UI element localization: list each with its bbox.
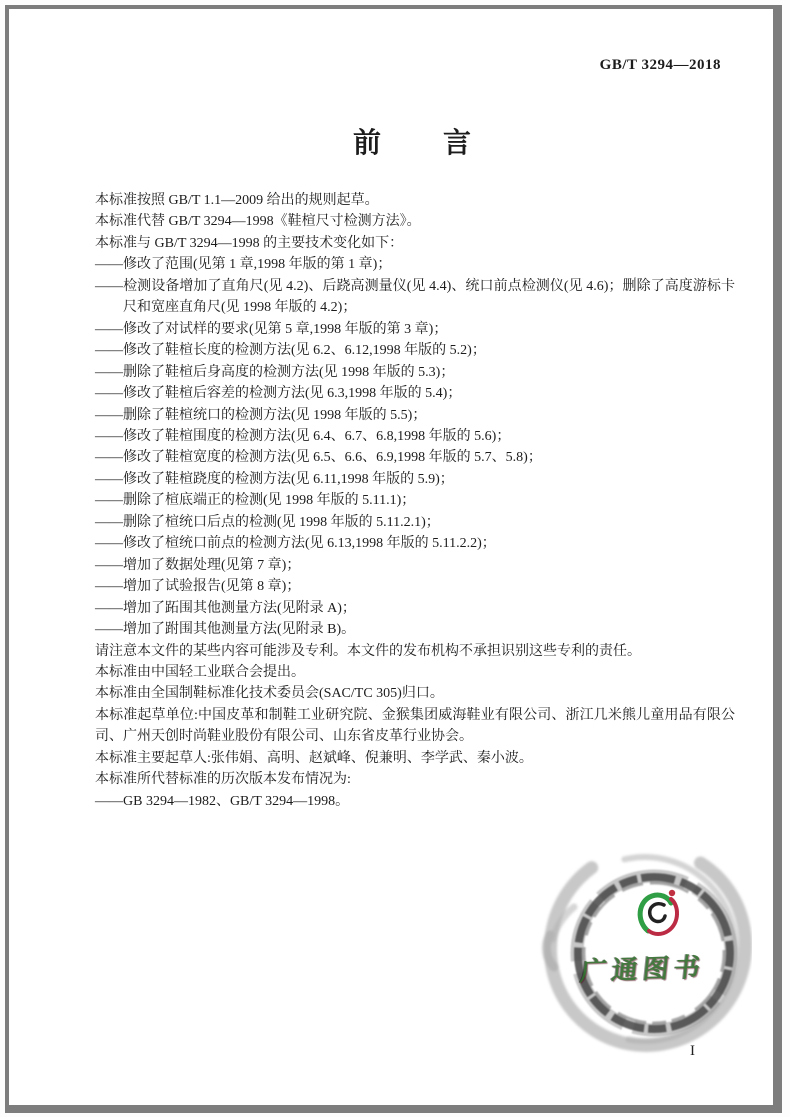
foreword-line: ——删除了楦底端正的检测(见 1998 年版的 5.11.1)； [95,490,735,511]
foreword-line: ——增加了试验报告(见第 8 章)； [95,576,735,597]
foreword-line: 请注意本文件的某些内容可能涉及专利。本文件的发布机构不承担识别这些专利的责任。 [95,641,735,662]
foreword-line: 本标准与 GB/T 3294—1998 的主要技术变化如下： [95,233,735,254]
foreword-line: ——修改了对试样的要求(见第 5 章,1998 年版的第 3 章)； [95,319,735,340]
foreword-line: ——增加了跖围其他测量方法(见附录 A)； [95,598,735,619]
page-number: I [95,1043,695,1060]
foreword-line: 本标准起草单位:中国皮革和制鞋工业研究院、金猴集团威海鞋业有限公司、浙江几米熊儿… [95,705,735,748]
bookstore-ink-stamp: 广通图书 [536,843,752,1057]
page-title: 前 言 [95,121,731,161]
scanned-page: GB/T 3294—2018 前 言 本标准按照 GB/T 1.1—2009 给… [5,5,782,1113]
stamp-text: 广通图书 [556,946,731,989]
foreword-line: 本标准主要起草人:张伟娟、高明、赵斌峰、倪兼明、李学武、秦小波。 [95,748,735,769]
foreword-line: ——删除了楦统口后点的检测(见 1998 年版的 5.11.2.1)； [95,512,735,533]
foreword-body: 本标准按照 GB/T 1.1—2009 给出的规则起草。本标准代替 GB/T 3… [95,190,735,812]
standard-code-header: GB/T 3294—2018 [95,57,731,74]
foreword-line: ——修改了鞋楦跷度的检测方法(见 6.11,1998 年版的 5.9)； [95,469,735,490]
foreword-line: ——删除了鞋楦后身高度的检测方法(见 1998 年版的 5.3)； [95,362,735,383]
foreword-line: ——修改了鞋楦围度的检测方法(见 6.4、6.7、6.8,1998 年版的 5.… [95,426,735,447]
foreword-line: ——修改了范围(见第 1 章,1998 年版的第 1 章)； [95,254,735,275]
foreword-line: ——增加了跗围其他测量方法(见附录 B)。 [95,619,735,640]
foreword-line: ——修改了楦统口前点的检测方法(见 6.13,1998 年版的 5.11.2.2… [95,533,735,554]
foreword-line: 本标准按照 GB/T 1.1—2009 给出的规则起草。 [95,190,735,211]
foreword-line: 本标准由中国轻工业联合会提出。 [95,662,735,683]
foreword-line: ——删除了鞋楦统口的检测方法(见 1998 年版的 5.5)； [95,405,735,426]
stamp-rings-graphic [536,843,752,1057]
foreword-line: ——修改了鞋楦宽度的检测方法(见 6.5、6.6、6.9,1998 年版的 5.… [95,447,735,468]
foreword-line: ——GB 3294—1982、GB/T 3294—1998。 [95,791,735,812]
foreword-line: ——增加了数据处理(见第 7 章)； [95,555,735,576]
foreword-line: ——修改了鞋楦后容差的检测方法(见 6.3,1998 年版的 5.4)； [95,383,735,404]
foreword-line: 本标准代替 GB/T 3294—1998《鞋楦尺寸检测方法》。 [95,211,735,232]
foreword-line: ——检测设备增加了直角尺(见 4.2)、后跷高测量仪(见 4.4)、统口前点检测… [95,276,735,319]
stamp-logo-icon [640,890,677,934]
foreword-line: 本标准由全国制鞋标准化技术委员会(SAC/TC 305)归口。 [95,683,735,704]
foreword-line: 本标准所代替标准的历次版本发布情况为: [95,769,735,790]
foreword-line: ——修改了鞋楦长度的检测方法(见 6.2、6.12,1998 年版的 5.2)； [95,340,735,361]
